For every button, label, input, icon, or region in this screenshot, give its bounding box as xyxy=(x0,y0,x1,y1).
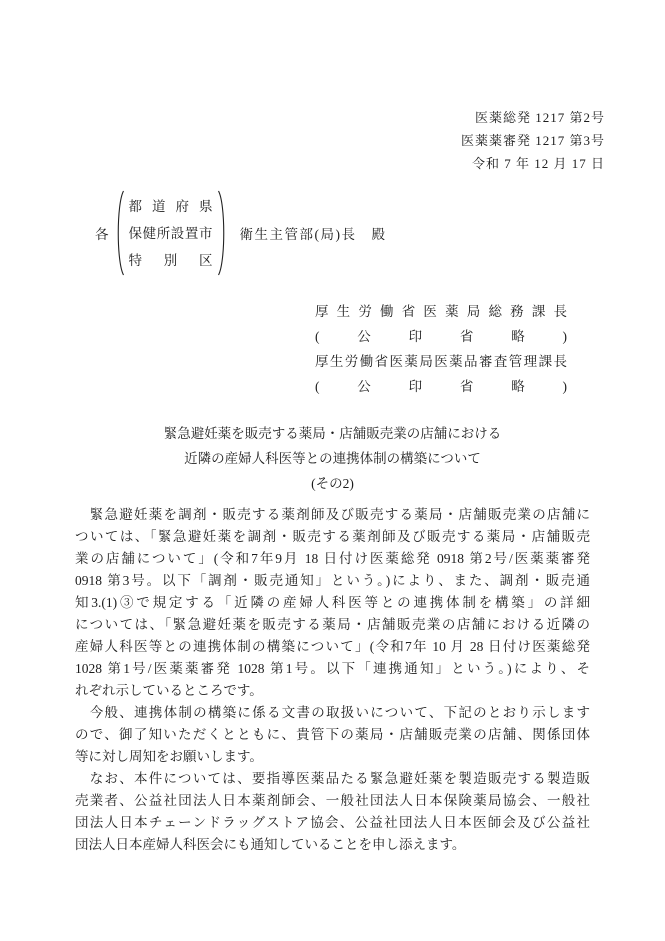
body-line: ついては、「緊急避妊薬を調剤・販売する薬剤師及び販売する薬局・店舗販売 xyxy=(75,526,590,548)
sender-title-1: 厚生労働省医薬局総務課長 xyxy=(315,299,567,324)
body-line: については、「緊急避妊薬を販売する薬局・店舗販売業の店舗における近隣の xyxy=(75,614,590,636)
doc-number-1: 医薬総発 1217 第2号 xyxy=(0,106,605,129)
body-line: れぞれ示しているところです。 xyxy=(75,680,590,702)
title-line-1: 緊急避妊薬を販売する薬局・店舗販売業の店舗における xyxy=(0,421,665,446)
body-line: 売業者、公益社団法人日本薬剤師会、一般社団法人日本保険薬局協会、一般社 xyxy=(75,790,590,812)
body-line: 今般、連携体制の構築に係る文書の取扱いについて、下記のとおり示します xyxy=(75,702,590,724)
open-bracket-icon xyxy=(114,189,125,277)
sender-seal-omitted-2: (公印省略) xyxy=(315,374,567,399)
sender-seal-omitted-1: (公印省略) xyxy=(315,324,567,349)
addressee-block: 各 都道府県 保健所設置市 特別区 衛生主管部(局)長 殿 xyxy=(95,189,665,277)
addressee-line-cities: 保健所設置市 xyxy=(129,220,213,247)
body-line: 0918 第3号。以下「調剤・販売通知」という。)により、また、調剤・販売通 xyxy=(75,570,590,592)
title-line-2: 近隣の産婦人科医等との連携体制の構築について xyxy=(0,446,665,471)
document-page: 医薬総発 1217 第2号 医薬薬審発 1217 第3号 令和 7 年 12 月… xyxy=(0,0,665,941)
doc-number-2: 医薬薬審発 1217 第3号 xyxy=(0,129,605,152)
addressee-prefix: 各 xyxy=(95,223,109,243)
body-line: 知3.(1)③で規定する「近隣の産婦人科医等との連携体制を構築」の詳細 xyxy=(75,592,590,614)
close-bracket-icon xyxy=(217,189,228,277)
body-line: ので、御了知いただくとともに、貴管下の薬局・店舗販売業の店舗、関係団体 xyxy=(75,724,590,746)
body-line: 1028 第1号/医薬薬審発 1028 第1号。以下「連携通知」という。)により… xyxy=(75,658,590,680)
body-line: 産婦人科医等との連携体制の構築について」(令和7年 10 月 28 日付け医薬総… xyxy=(75,636,590,658)
body-line: 業の店舗について」(令和7年9月 18 日付け医薬総発 0918 第2号/医薬薬… xyxy=(75,548,590,570)
sender-block: 厚生労働省医薬局総務課長 (公印省略) 厚生労働省医薬局医薬品審査管理課長 (公… xyxy=(315,299,567,399)
doc-header: 医薬総発 1217 第2号 医薬薬審発 1217 第3号 令和 7 年 12 月… xyxy=(0,106,665,175)
body-line: 等に対し周知をお願いします。 xyxy=(75,746,590,768)
addressee-line-prefectures: 都道府県 xyxy=(129,193,213,220)
addressee-list: 都道府県 保健所設置市 特別区 xyxy=(129,193,213,274)
doc-date: 令和 7 年 12 月 17 日 xyxy=(0,152,605,175)
title-line-3: (その2) xyxy=(0,471,665,496)
sender-title-2: 厚生労働省医薬局医薬品審査管理課長 xyxy=(315,349,567,374)
document-title: 緊急避妊薬を販売する薬局・店舗販売業の店舗における 近隣の産婦人科医等との連携体… xyxy=(0,421,665,496)
body-line: 団法人日本産婦人科医会にも通知していることを申し添えます。 xyxy=(75,834,590,856)
addressee-suffix: 衛生主管部(局)長 殿 xyxy=(240,223,387,243)
body-line: 団法人日本チェーンドラッグストア協会、公益社団法人日本医師会及び公益社 xyxy=(75,812,590,834)
body-line: 緊急避妊薬を調剤・販売する薬剤師及び販売する薬局・店舗販売業の店舗に xyxy=(75,504,590,526)
body-text: 緊急避妊薬を調剤・販売する薬剤師及び販売する薬局・店舗販売業の店舗に ついては、… xyxy=(75,504,590,856)
body-line: なお、本件については、要指導医薬品たる緊急避妊薬を製造販売する製造販 xyxy=(75,768,590,790)
addressee-line-wards: 特別区 xyxy=(129,247,213,274)
